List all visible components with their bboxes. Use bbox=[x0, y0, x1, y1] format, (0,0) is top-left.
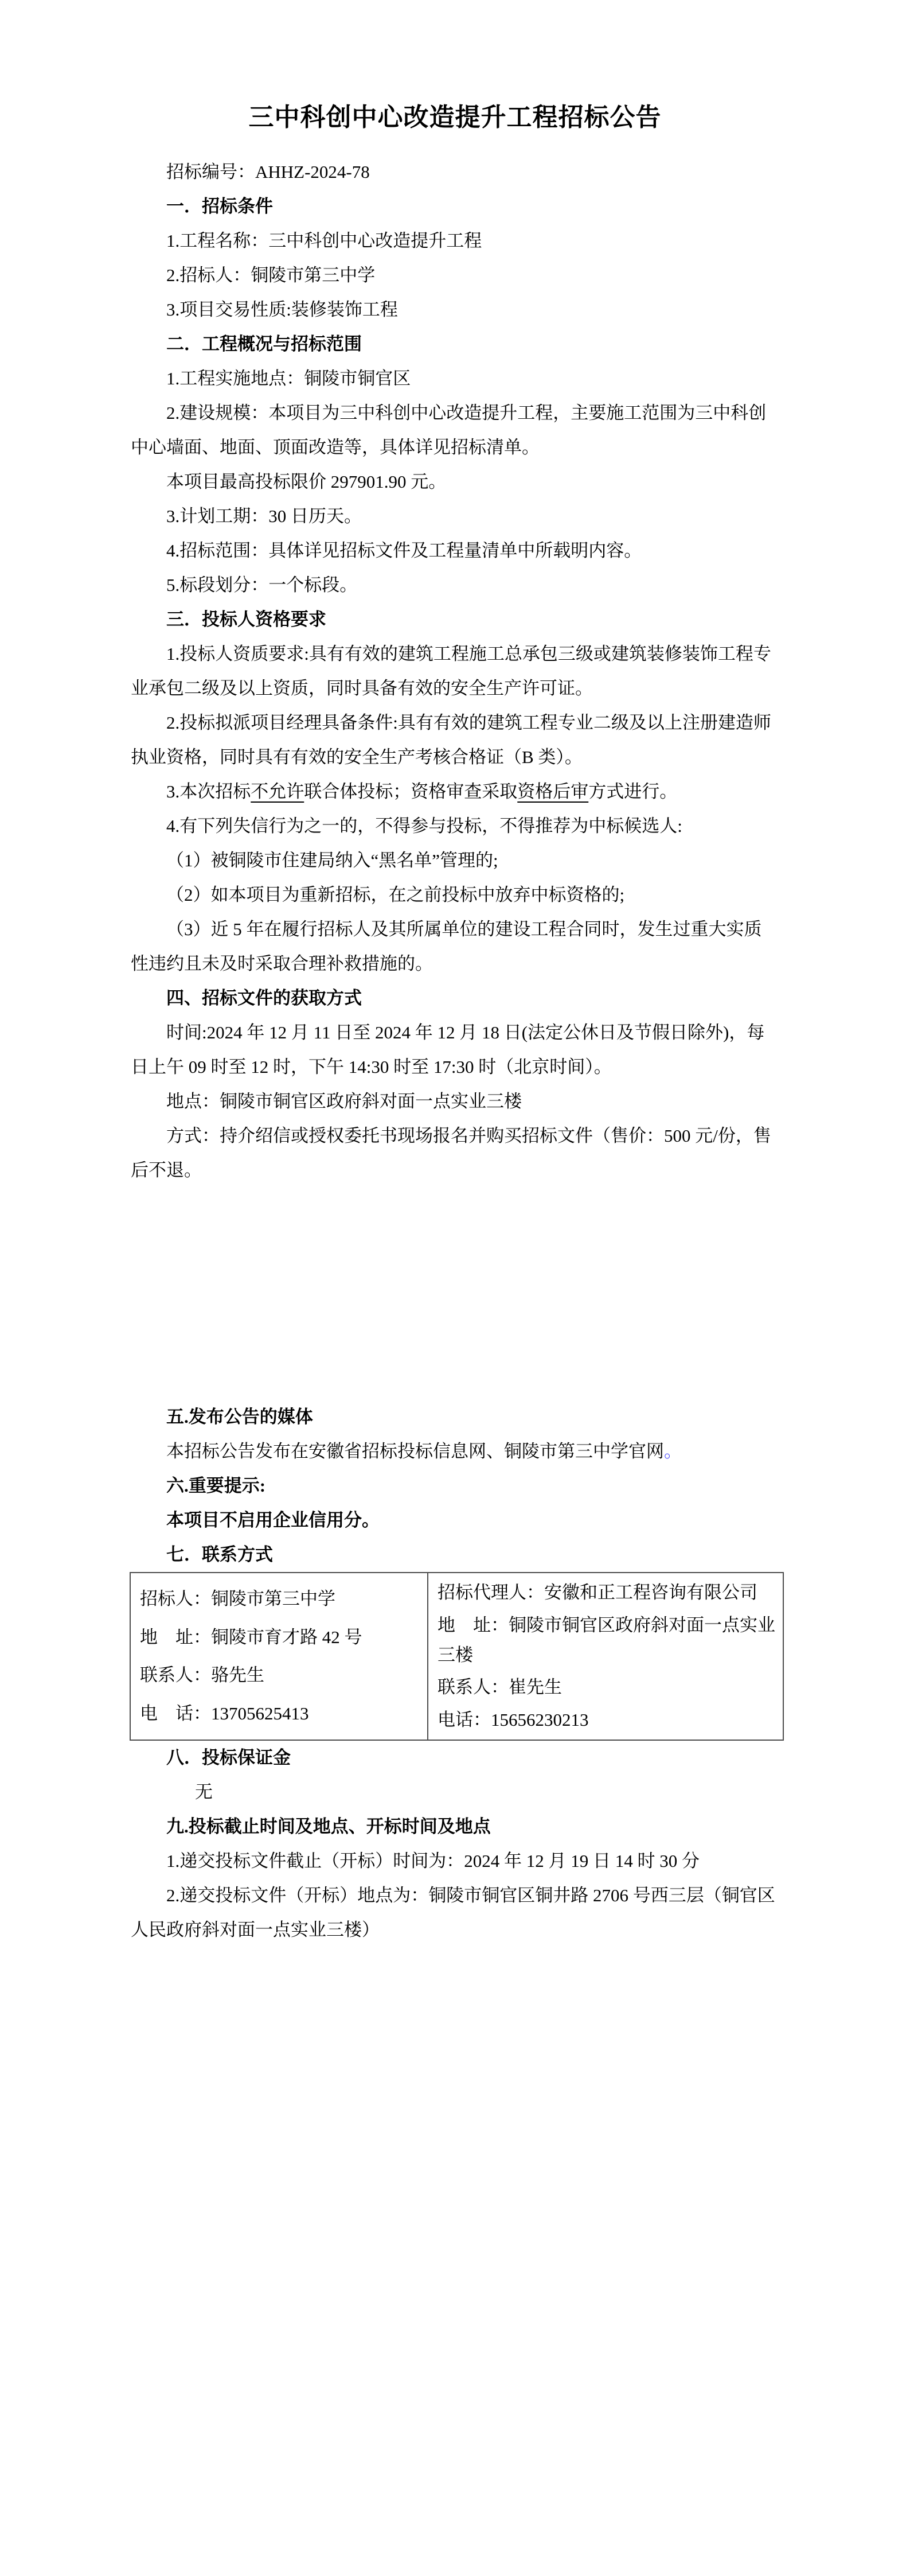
section3-sub-blacklist: （1）被铜陵市住建局纳入“黑名单”管理的; bbox=[131, 843, 779, 878]
section4-place: 地点：铜陵市铜官区政府斜对面一点实业三楼 bbox=[131, 1084, 779, 1119]
section6-credit-note: 本项目不启用企业信用分。 bbox=[131, 1503, 779, 1538]
tenderer-address: 地 址：铜陵市育才路 42 号 bbox=[140, 1622, 420, 1652]
agent-contact-cell: 招标代理人：安徽和正工程咨询有限公司 地 址：铜陵市铜官区政府斜对面一点实业三楼… bbox=[428, 1573, 783, 1740]
section7-heading: 七．联系方式 bbox=[131, 1538, 779, 1572]
section1-item-trade-nature: 3.项目交易性质:装修装饰工程 bbox=[131, 293, 779, 327]
contact-table: 招标人：铜陵市第三中学 地 址：铜陵市育才路 42 号 联系人：骆先生 电 话：… bbox=[130, 1572, 784, 1741]
section1-item-tenderer: 2.招标人：铜陵市第三中学 bbox=[131, 258, 779, 293]
section3-sub-breach: （3）近 5 年在履行招标人及其所属单位的建设工程合同时，发生过重大实质性违约且… bbox=[131, 912, 779, 981]
section5-heading: 五.发布公告的媒体 bbox=[131, 1400, 779, 1434]
tenderer-contact-cell: 招标人：铜陵市第三中学 地 址：铜陵市育才路 42 号 联系人：骆先生 电 话：… bbox=[131, 1573, 428, 1740]
underlined-text-post-review: 资格后审 bbox=[517, 781, 588, 801]
section9-deadline: 1.递交投标文件截止（开标）时间为：2024 年 12 月 19 日 14 时 … bbox=[131, 1844, 779, 1878]
section3-item-consortium: 3.本次招标不允许联合体投标；资格审查采取资格后审方式进行。 bbox=[131, 775, 779, 809]
section2-heading: 二．工程概况与招标范围 bbox=[131, 327, 779, 361]
section3-heading: 三．投标人资格要求 bbox=[131, 602, 779, 637]
section3-item-qualification: 1.投标人资质要求:具有有效的建筑工程施工总承包三级或建筑装修装饰工程专业承包二… bbox=[131, 637, 779, 706]
agent-address: 地 址：铜陵市铜官区政府斜对面一点实业三楼 bbox=[438, 1610, 776, 1670]
tenderer-phone: 电 话：13705625413 bbox=[140, 1699, 420, 1729]
agent-contact-person: 联系人：崔先生 bbox=[438, 1672, 776, 1702]
tenderer-contact-person: 联系人：骆先生 bbox=[140, 1660, 420, 1690]
section6-heading: 六.重要提示: bbox=[131, 1469, 779, 1503]
section2-item-lots: 5.标段划分：一个标段。 bbox=[131, 568, 779, 602]
section4-time: 时间:2024 年 12 月 11 日至 2024 年 12 月 18 日(法定… bbox=[131, 1015, 779, 1084]
document-page: 三中科创中心改造提升工程招标公告 招标编号：AHHZ-2024-78 一．招标条… bbox=[0, 0, 910, 2576]
blue-period: 。 bbox=[664, 1441, 682, 1461]
section2-price-limit: 本项目最高投标限价 297901.90 元。 bbox=[131, 465, 779, 499]
section8-heading: 八．投标保证金 bbox=[131, 1741, 779, 1775]
section9-heading: 九.投标截止时间及地点、开标时间及地点 bbox=[131, 1810, 779, 1844]
text-run: 本招标公告发布在安徽省招标投标信息网、铜陵市第三中学官网 bbox=[166, 1441, 664, 1461]
section4-heading: 四、招标文件的获取方式 bbox=[131, 981, 779, 1015]
section2-item-scope: 4.招标范围：具体详见招标文件及工程量清单中所载明内容。 bbox=[131, 534, 779, 568]
section3-item-dishonesty: 4.有下列失信行为之一的，不得参与投标，不得推荐为中标候选人: bbox=[131, 809, 779, 843]
section1-heading: 一．招标条件 bbox=[131, 189, 779, 224]
agent-phone: 电话：15656230213 bbox=[438, 1705, 776, 1735]
text-run: 联合体投标；资格审查采取 bbox=[304, 781, 517, 801]
section3-item-manager: 2.投标拟派项目经理具备条件:具有有效的建筑工程专业二级及以上注册建造师执业资格… bbox=[131, 706, 779, 775]
section1-item-project-name: 1.工程名称：三中科创中心改造提升工程 bbox=[131, 224, 779, 258]
text-run: 方式进行。 bbox=[588, 781, 677, 801]
section9-open-place: 2.递交投标文件（开标）地点为：铜陵市铜官区铜井路 2706 号西三层（铜官区人… bbox=[131, 1878, 779, 1947]
section2-item-location: 1.工程实施地点：铜陵市铜官区 bbox=[131, 361, 779, 396]
agent-name: 招标代理人：安徽和正工程咨询有限公司 bbox=[438, 1578, 776, 1608]
text-run: 3.本次招标 bbox=[166, 781, 251, 801]
page-title: 三中科创中心改造提升工程招标公告 bbox=[131, 98, 779, 138]
section5-media: 本招标公告发布在安徽省招标投标信息网、铜陵市第三中学官网。 bbox=[131, 1434, 779, 1469]
underlined-text-no-consortium: 不允许 bbox=[251, 781, 304, 801]
document-content: 三中科创中心改造提升工程招标公告 招标编号：AHHZ-2024-78 一．招标条… bbox=[131, 98, 779, 1947]
tender-number: 招标编号：AHHZ-2024-78 bbox=[131, 155, 779, 189]
section2-item-scale: 2.建设规模：本项目为三中科创中心改造提升工程，主要施工范围为三中科创中心墙面、… bbox=[131, 396, 779, 465]
page-break-gap bbox=[131, 1188, 779, 1400]
section3-sub-rebid: （2）如本项目为重新招标，在之前投标中放弃中标资格的; bbox=[131, 878, 779, 912]
section2-item-duration: 3.计划工期：30 日历天。 bbox=[131, 499, 779, 534]
section4-method: 方式：持介绍信或授权委托书现场报名并购买招标文件（售价：500 元/份，售后不退… bbox=[131, 1119, 779, 1188]
section8-none: 无 bbox=[131, 1775, 779, 1810]
tenderer-name: 招标人：铜陵市第三中学 bbox=[140, 1584, 420, 1614]
